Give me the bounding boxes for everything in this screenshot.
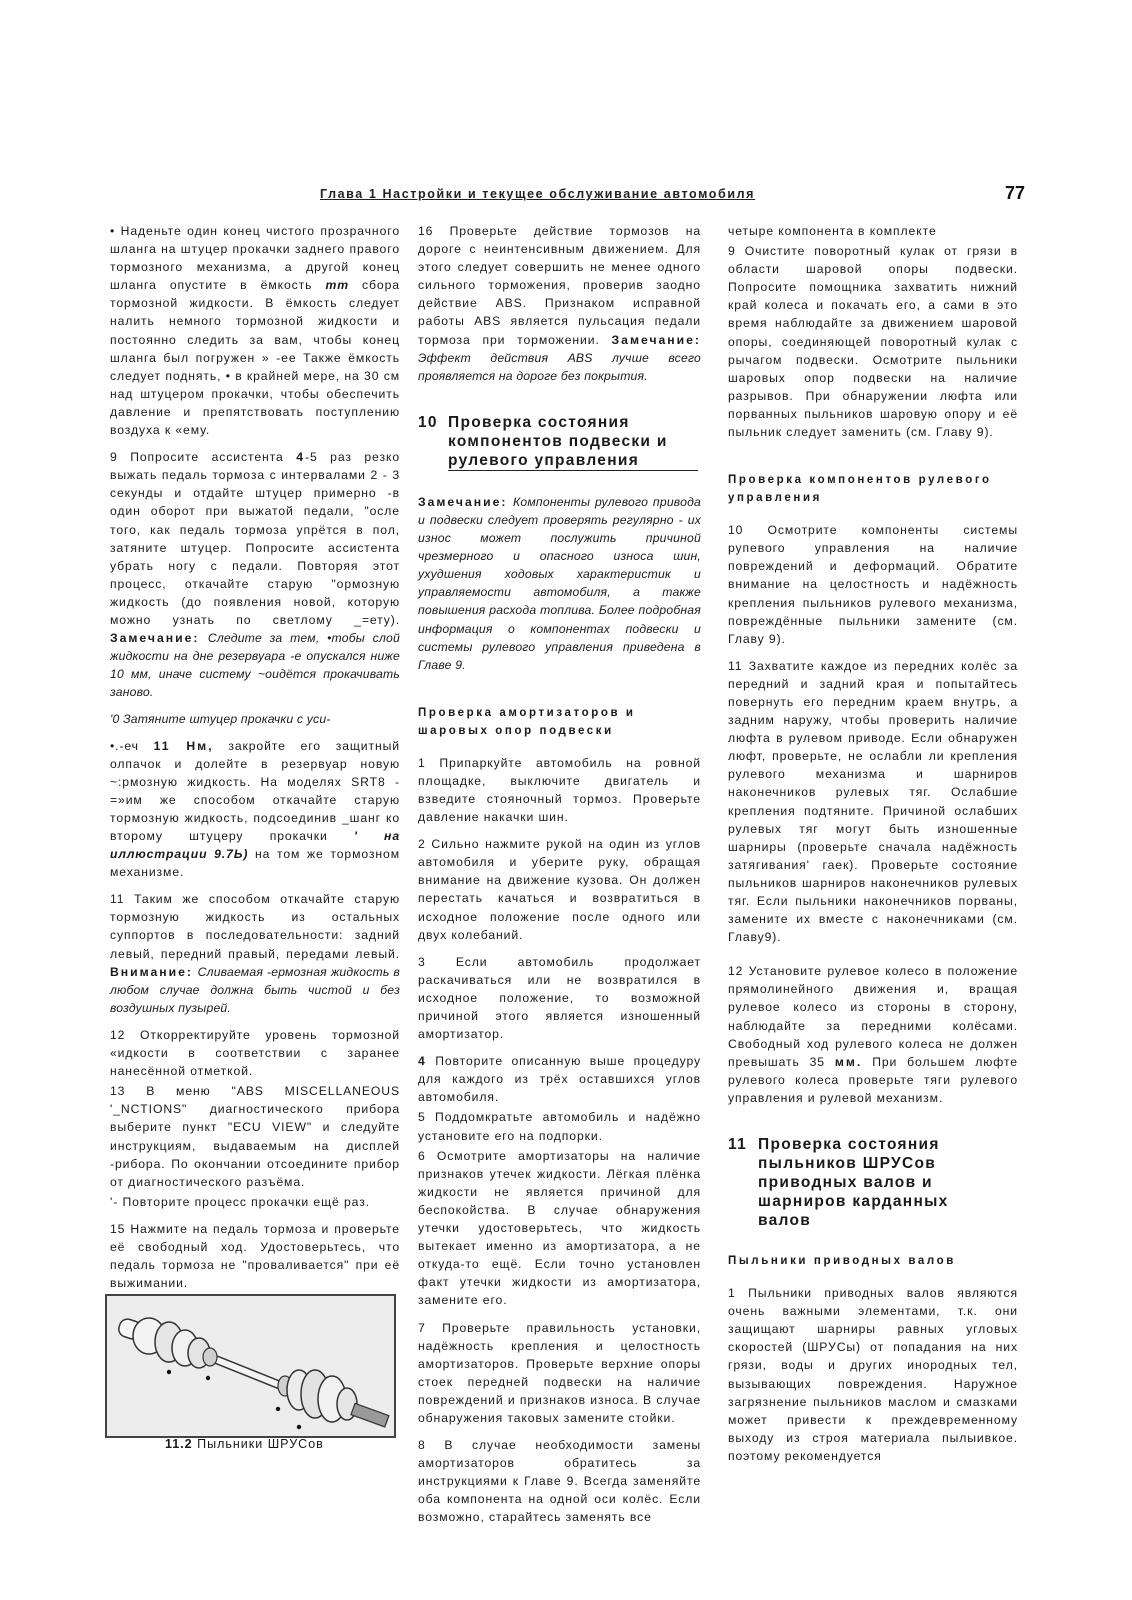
step-11: 11 Захватите каждое из передних колёс за… xyxy=(728,657,1018,947)
paragraph-step-15: 15 Нажмите на педаль тормоза и проверьте… xyxy=(110,1220,400,1292)
step-5: 5 Поддомкратьте автомобиль и надёжно уст… xyxy=(418,1108,701,1144)
subheading-drive-shaft-boots: Пыльники приводных валов xyxy=(728,1252,1018,1270)
step-10: 10 Осмотрите компоненты системы рупевого… xyxy=(728,521,1018,648)
running-header: Глава 1 Настройки и текущее обслуживание… xyxy=(320,183,1025,209)
subheading-shock-absorbers: Проверка амортизаторов и шаровых опор по… xyxy=(418,704,701,740)
note-label: Замечание: xyxy=(612,333,701,347)
paragraph-step-10-cont: •.-еч 11 Нм, закройте его защитный олпач… xyxy=(110,737,400,882)
figure-cv-joint-boots xyxy=(105,1294,396,1438)
continued-text: четыре компонента в комплекте xyxy=(728,222,1018,240)
paragraph-step-16: 16 Проверьте действие тормозов на дороге… xyxy=(418,222,701,385)
step-1: 1 Припаркуйте автомобиль на ровной площа… xyxy=(418,754,701,826)
column-left: • Наденьте один конец чистого прозрачног… xyxy=(110,222,400,1301)
paragraph-step-14: '- Повторите процесс прокачки ещё раз. xyxy=(110,1193,400,1211)
paragraph: • Наденьте один конец чистого прозрачног… xyxy=(110,222,400,439)
section-10-heading: 10Проверка состояния компонентов подвеск… xyxy=(418,413,701,471)
subheading-steering: Проверка компонентов рулевого управления xyxy=(728,471,1018,507)
step-1: 1 Пыльники приводных валов являются очен… xyxy=(728,1284,1018,1465)
paragraph-step-12: 12 Откорректируйте уровень тормозной «ид… xyxy=(110,1026,400,1080)
paragraph-step-10: '0 Затяните штуцер прокачки с уси- xyxy=(110,710,400,728)
step-2: 2 Сильно нажмите рукой на один из углов … xyxy=(418,835,701,944)
section-11-heading: 11Проверка состояния пыльников ШРУСов пр… xyxy=(728,1135,1018,1230)
step-4: 4 Повторите описанную выше процедуру для… xyxy=(418,1052,701,1106)
step-8: 8 В случае необходимости замены амортиза… xyxy=(418,1436,701,1526)
column-right: четыре компонента в комплекте 9 Очистите… xyxy=(728,222,1018,1474)
page-number: 77 xyxy=(1005,183,1025,204)
column-middle: 16 Проверьте действие тормозов на дороге… xyxy=(418,222,701,1536)
step-7: 7 Проверьте правильность установки, надё… xyxy=(418,1319,701,1428)
step-12: 12 Установите рулевое колесо в положение… xyxy=(728,962,1018,1107)
paragraph-step-11: 11 Таким же способом откачайте старую то… xyxy=(110,890,400,1017)
paragraph-step-13: 13 В меню "ABS MISCELLANEOUS '_NCTIONS" … xyxy=(110,1082,400,1191)
note-label: Замечание: xyxy=(418,495,507,509)
step-3: 3 Если автомобиль продолжает раскачивать… xyxy=(418,953,701,1043)
step-9: 9 Очистите поворотный кулак от грязи в о… xyxy=(728,242,1018,441)
drive-shaft-illustration xyxy=(107,1296,394,1436)
figure-caption: 11.2 Пыльники ШРУСов xyxy=(165,1437,324,1451)
chapter-title: Глава 1 Настройки и текущее обслуживание… xyxy=(320,187,755,201)
paragraph-step-9: 9 Попросите ассистента 4-5 раз резко выж… xyxy=(110,448,400,701)
step-6: 6 Осмотрите амортизаторы на наличие приз… xyxy=(418,1147,701,1310)
warning-label: Внимание: xyxy=(110,965,193,979)
note-label: Замечание: xyxy=(110,631,199,645)
section-note: Замечание: Компоненты рулевого привода и… xyxy=(418,493,701,674)
